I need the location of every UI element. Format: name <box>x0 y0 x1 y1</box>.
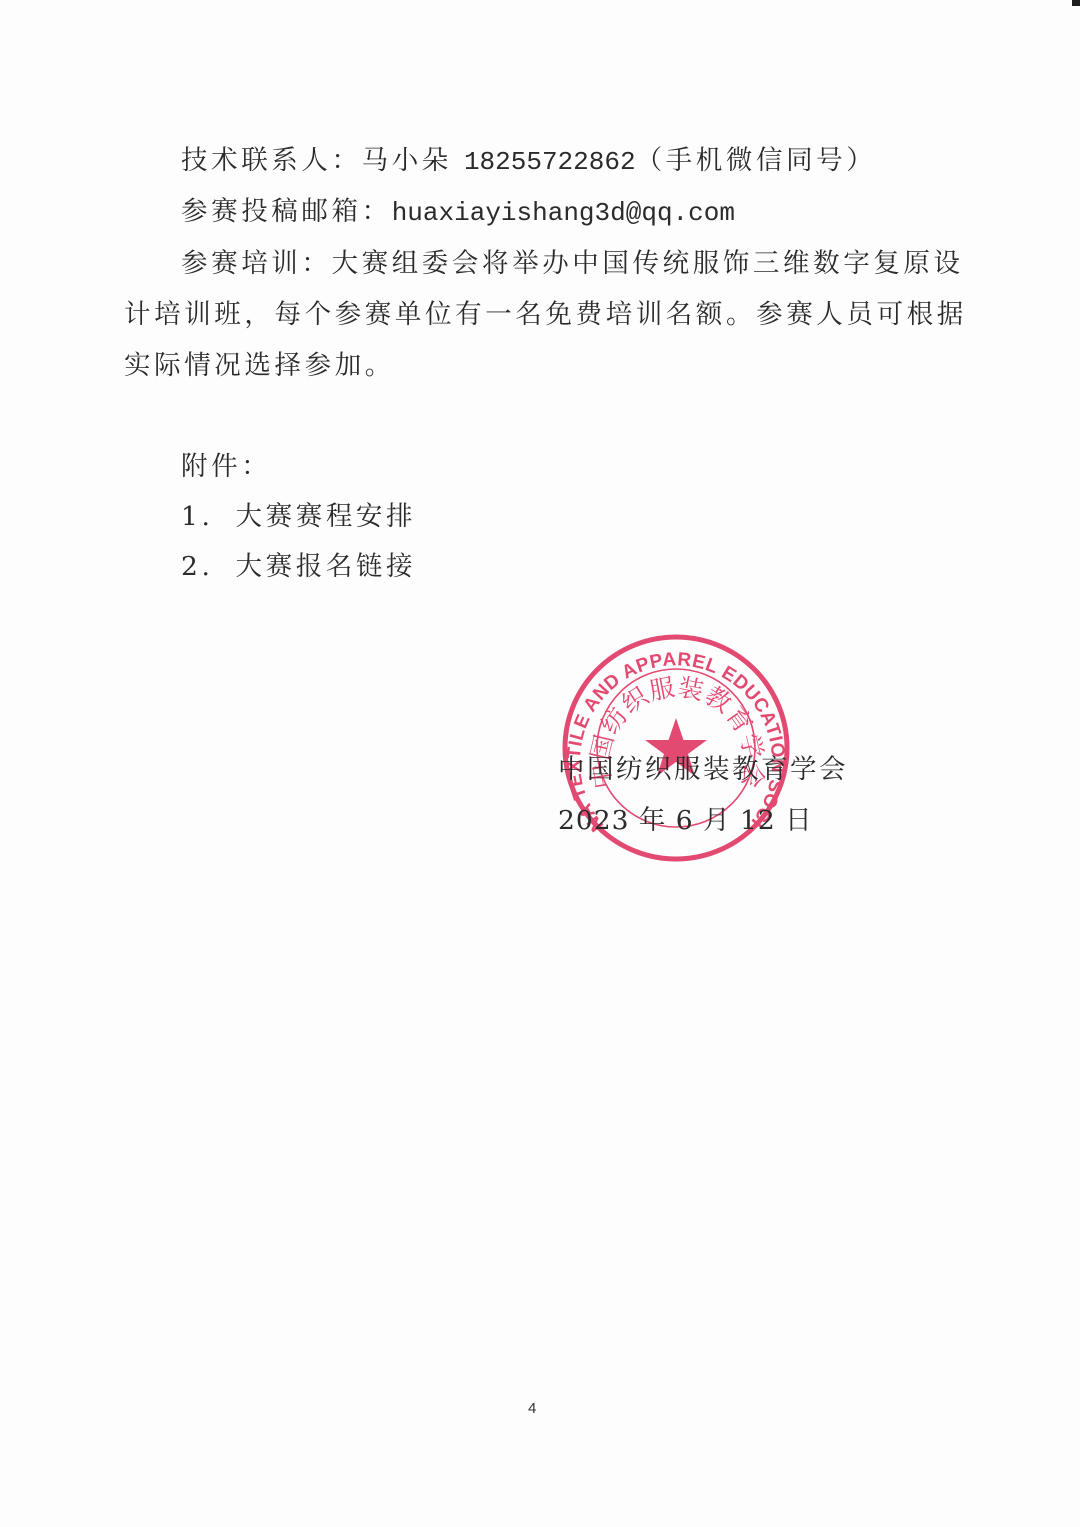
scan-corner-mark <box>1072 0 1080 6</box>
document-page: 技术联系人：马小朵 18255722862（手机微信同号） 参赛投稿邮箱：hua… <box>0 0 1080 1527</box>
signature-organization: 中国纺织服装教育学会 <box>558 753 848 787</box>
attachment-label: 大赛报名链接 <box>236 551 417 582</box>
email-label: 参赛投稿邮箱： <box>181 196 392 227</box>
attachments-heading: 附件： <box>181 450 271 484</box>
signature-date: 2023 年 6 月 12 日 <box>558 804 813 838</box>
email-address: huaxiayishang3d@qq.com <box>392 198 735 228</box>
training-line-3: 实际情况选择参加。 <box>124 349 395 383</box>
contact-line: 技术联系人：马小朵 18255722862（手机微信同号） <box>181 144 876 179</box>
email-line: 参赛投稿邮箱：huaxiayishang3d@qq.com <box>181 195 735 230</box>
training-line-2: 计培训班，每个参赛单位有一名免费培训名额。参赛人员可根据 <box>124 298 967 332</box>
attachment-item: 2. 大赛报名链接 <box>181 550 416 584</box>
attachment-item: 1. 大赛赛程安排 <box>181 500 416 534</box>
attachment-number: 2. <box>181 551 213 582</box>
contact-label: 技术联系人：马小朵 <box>181 145 452 176</box>
contact-note: （手机微信同号） <box>636 145 877 176</box>
attachment-number: 1. <box>181 501 213 532</box>
training-line-1: 参赛培训：大赛组委会将举办中国传统服饰三维数字复原设 <box>181 247 964 281</box>
attachment-label: 大赛赛程安排 <box>236 501 417 532</box>
page-number: 4 <box>528 1400 536 1417</box>
contact-phone: 18255722862 <box>464 147 636 177</box>
